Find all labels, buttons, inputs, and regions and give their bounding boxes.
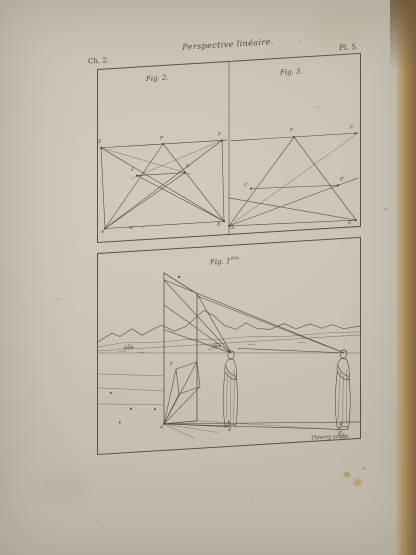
foxing-spot — [353, 479, 362, 486]
point-label: P — [290, 128, 293, 133]
fig2-label: Fig. 2. — [146, 74, 169, 83]
fig3-point-labels: PFC′E′AB — [98, 54, 360, 242]
fig1-point-labels: abABB′ — [98, 238, 360, 454]
upper-diagram-box: EPFCDAB PFC′E′AB Fig. 2. Fig. 3. — [97, 53, 361, 243]
plate-title: Perspective linéaire. — [163, 36, 293, 53]
plate-number: Pl. 5. — [339, 42, 358, 52]
point-label: B — [348, 220, 351, 225]
foxing-spot — [95, 520, 98, 522]
engraved-plate: Perspective linéaire. Pl. 5. Ch. 2. — [97, 51, 361, 462]
foxing-stain — [310, 8, 370, 48]
foxing-spot — [57, 298, 60, 300]
point-label: E′ — [340, 177, 344, 182]
point-label: A — [231, 226, 234, 231]
fig3-label: Fig. 3. — [280, 67, 303, 76]
point-label: b — [170, 361, 173, 366]
point-label: B — [228, 428, 231, 433]
foxing-spot — [384, 208, 387, 210]
point-label: a — [178, 275, 181, 279]
book-fore-edge-shadow — [390, 0, 416, 70]
lower-diagram-box: abABB′ Fig. 1ère. — [97, 237, 361, 455]
foxing-spot — [344, 472, 350, 477]
point-label: C′ — [244, 183, 248, 188]
point-label: F — [350, 125, 353, 130]
book-fore-edge — [395, 0, 416, 555]
fig1-label: Fig. 1ère. — [210, 255, 240, 266]
foxing-stain — [40, 470, 90, 505]
foxing-spot — [299, 40, 301, 42]
foxing-spot — [251, 499, 253, 501]
foxing-spot — [362, 467, 366, 470]
point-label: A — [160, 425, 163, 430]
chapter-label: Ch. 2. — [88, 56, 109, 65]
photographed-book-page: Perspective linéaire. Pl. 5. Ch. 2. — [0, 0, 416, 555]
